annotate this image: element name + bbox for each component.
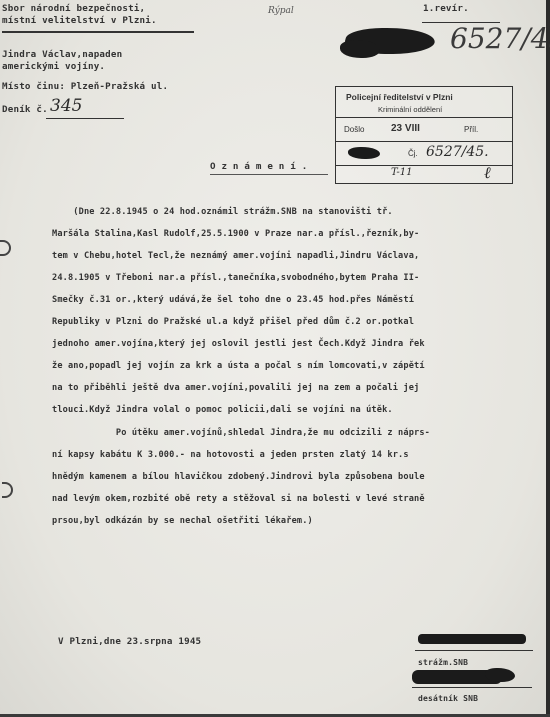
stamp-received-date: 23 VIII (391, 123, 420, 134)
signature-title-1: strážm.SNB (418, 657, 468, 668)
handwritten-note: Rýpal (268, 6, 294, 16)
signature-line-2 (412, 687, 532, 688)
body-line: prsou,byl odkázán by se nechal ošetřiti … (52, 516, 313, 526)
body-line: Republiky v Plzni do Pražské ul.a když p… (52, 317, 414, 327)
stamp-ref-label: Čj. (408, 149, 418, 158)
signature-scribble (340, 40, 380, 58)
signature-scribble-2b (485, 668, 515, 682)
reference-number: 345 (50, 96, 82, 116)
reference-underline (46, 118, 124, 119)
body-line: hnědým kamenem a bílou hlavičkou zdobený… (52, 472, 425, 482)
stamp-bottom-note: T-11 (391, 167, 412, 178)
signature-title-2: desátník SNB (418, 693, 478, 704)
document-title: O z n á m e n í . (210, 161, 307, 172)
stamp-received-label: Došlo (344, 125, 364, 134)
place-and-date: V Plzni,dne 23.srpna 1945 (58, 636, 201, 647)
title-underline (210, 174, 328, 175)
handwritten-file-number: 6527/45 (450, 22, 550, 55)
stamp-attachments-label: Příl. (464, 125, 478, 134)
signature-line-1 (415, 650, 533, 651)
body-line: Smečky č.31 or.,který udává,že šel toho … (52, 295, 414, 305)
reference-label: Deník č. (2, 104, 48, 115)
body-line: Maršála Stalina,Kasl Rudolf,25.5.1900 v … (52, 229, 419, 239)
body-line: jednoho amer.vojína,který jej oslovil je… (52, 339, 425, 349)
subject-line1: Jindra Václav,napaden (2, 49, 122, 60)
body-line: 24.8.1905 v Třeboni nar.a přísl.,taneční… (52, 273, 419, 283)
stamp-department: Kriminální oddělení (378, 105, 442, 114)
body-line: že ano,popadl jej vojín za krk a ústa a … (52, 361, 425, 371)
body-line: ní kapsy kabátu K 3.000.- na hotovosti a… (52, 450, 409, 460)
stamp-initial-mark: ℓ (484, 163, 491, 183)
stamp-ref-number: 6527/45. (426, 144, 489, 160)
police-receipt-stamp: Policejní ředitelství v Plzni Kriminální… (335, 86, 513, 184)
header-office-line2: místní velitelství v Plzni. (2, 15, 157, 26)
body-line: tlouci.Když Jindra volal o pomoc policii… (52, 405, 393, 415)
header-office-line1: Sbor národní bezpečnosti, (2, 3, 145, 14)
page-edge-shadow (546, 0, 550, 717)
stamp-title: Policejní ředitelství v Plzni (346, 92, 453, 102)
revir-label: 1.revír. (423, 3, 469, 14)
body-line: nad levým okem,rozbité obě rety a stěžov… (52, 494, 425, 504)
body-line: Po útěku amer.vojínů,shledal Jindra,že m… (52, 428, 430, 438)
body-line: (Dne 22.8.1945 o 24 hod.oznámil strážm.S… (52, 207, 393, 217)
stamp-signature-scribble (348, 147, 380, 159)
body-line: tem v Chebu,hotel Tecl,že neznámý amer.v… (52, 251, 419, 261)
subject-line2: americkými vojíny. (2, 61, 105, 72)
signature-scribble-1 (418, 634, 526, 644)
crime-location: Místo činu: Plzeň-Pražská ul. (2, 81, 168, 92)
header-underline (2, 31, 194, 33)
body-line: na to přiběhli ještě dva amer.vojíni,pov… (52, 383, 419, 393)
